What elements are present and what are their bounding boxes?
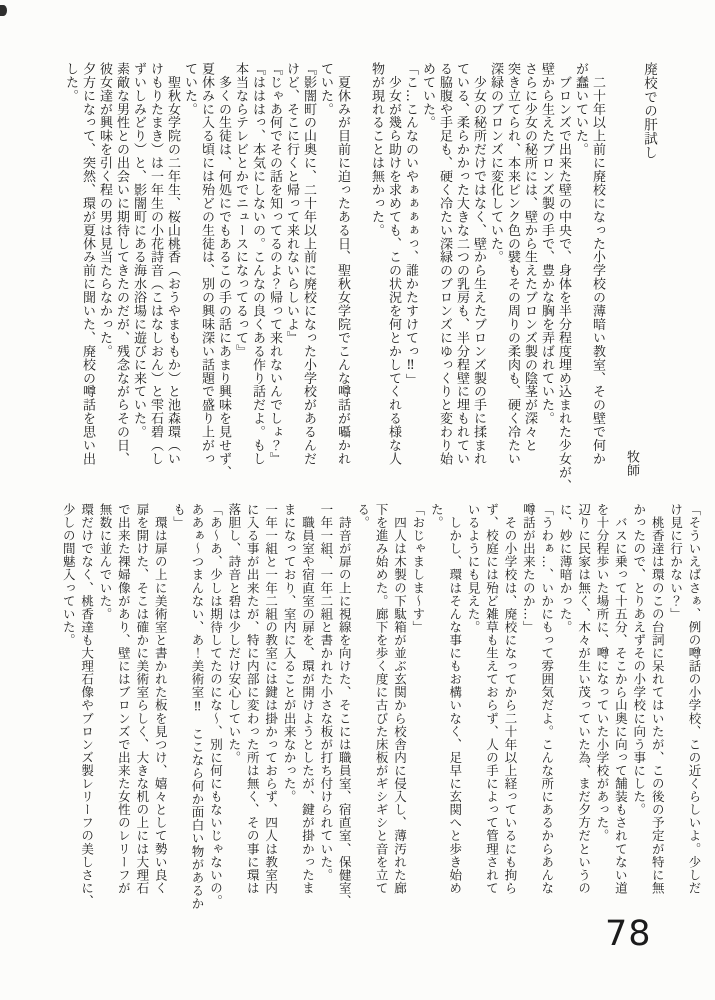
story-author: 牧師 — [623, 62, 640, 477]
text-column: けど、そこに行くと帰って来れないらしいよ』 — [283, 62, 300, 477]
text-column: 二十年以上前に廃校になった小学校の薄暗い教室、その壁で何か — [589, 62, 606, 477]
text-column: その小学校は、廃校になってから二十年以上経っているにも拘ら — [501, 503, 519, 899]
text-column: け見に行かない？」 — [666, 503, 684, 899]
text-column: 桃香達は環のこの台詞に呆れてはいたが、この後の予定が特に無 — [648, 503, 666, 899]
text-column: いるようにも見えた。 — [464, 503, 482, 899]
text-column: 「こ…こんなのいやぁぁぁぁっ、誰かたすけてっ‼」 — [402, 62, 419, 477]
text-column: も」 — [169, 503, 187, 899]
text-column: 環は扉の上に美術室と書かれた板を見つけ、嬉々として勢い良く — [151, 503, 169, 899]
text-column: 深緑のブロンズに変化していた。 — [487, 62, 504, 477]
text-column: 詩音が扉の上に視線を向けた、そこには職員室、宿直室、保健室、 — [335, 503, 353, 899]
text-column: 少しの間魅入っていた。 — [59, 503, 77, 899]
text-column: まになっており、室内に入ることが出来なかった。 — [280, 503, 298, 899]
text-column: 辺りに民家は無く、木々が生い茂っていた為、まだ夕方だというの — [574, 503, 592, 899]
page-number: 78 — [605, 914, 652, 954]
text-column: を十分程歩いた場所に、噂になっていた小学校があった。 — [593, 503, 611, 899]
text-column: ていた。 — [317, 62, 334, 477]
text-column: 「うわぁ…、いかにもって雰囲気だよ。こんな所にあるからあんな — [537, 503, 555, 899]
text-column: 夕方になって、突然、環が夏休み前に聞いた、廃校の噂話を思い出 — [79, 62, 96, 477]
text-column: ていた。 — [181, 62, 198, 477]
text-column: ている、柔らかかった大きな二つの乳房も、半分程壁に埋もれてい — [453, 62, 470, 477]
text-column: めていた。 — [419, 62, 436, 477]
title-body-gap — [606, 62, 623, 477]
text-column: 四人は木製の下駄箱が並ぶ玄関から校舎内に侵入し、薄汚れた廊 — [390, 503, 408, 899]
scanned-novel-page: 廃校での肝試し 牧師 二十年以上前に廃校になった小学校の薄暗い教室、その壁で何か… — [0, 0, 715, 1000]
text-column: 少女が幾ら助けを求めても、この状況を何とかしてくれる様な人 — [385, 62, 402, 477]
text-column: で出来た裸婦像があり、壁にはブロンズで出来た女性のレリーフが — [114, 503, 132, 899]
text-column: ブロンズで出来た壁の中央で、身体を半分程度埋め込まれた少女が、 — [555, 62, 572, 477]
text-column: に入る事が出来たが、特に内部に変わった所は無く、その事に環は — [243, 503, 261, 899]
text-column: 職員室や宿直室の扉を、環が開けようとしたが、鍵が掛かったま — [298, 503, 316, 899]
text-column: 「そういえばさぁ、例の噂話の小学校、この近くらしいよ。少しだ — [685, 503, 703, 899]
scan-artifact — [0, 5, 7, 16]
text-column: 環だけでなく、桃香達も大理石像やブロンズ製レリーフの美しさに、 — [77, 503, 95, 899]
text-column: しかし、環はそんな事にもお構いなく、足早に玄関へと歩き始め — [445, 503, 463, 899]
text-column: 「あ〜あ、少しは期待してたのにな〜、別に何にもないじゃないの。 — [206, 503, 224, 899]
text-column: けもりたまき）は一年生の小花詩音（こはなしおん）と雫石碧（し — [147, 62, 164, 477]
story-title: 廃校での肝試し — [640, 62, 657, 477]
text-column: ず、校庭には殆ど雑草も生えておらず、人の手によって管理されて — [482, 503, 500, 899]
text-column: 少女の秘所だけではなく、壁から生えたブロンズ製の手に揉まれ — [470, 62, 487, 477]
text-column: 突き立てられ、本来ピンク色の襞もその周りの柔肉も、硬く冷たい — [504, 62, 521, 477]
text-column: 物が現れることは無かった。 — [368, 62, 385, 477]
story-top-block: 廃校での肝試し 牧師 二十年以上前に廃校になった小学校の薄暗い教室、その壁で何か… — [62, 62, 657, 477]
text-column: 多くの生徒は、何処にでもあるこの手の話にあまり興味を見せず、 — [215, 62, 232, 477]
text-column: かったので、とりあえずその小学校に向う事にした。 — [629, 503, 647, 899]
text-column: 『影闇町の山奥に、二十年以上前に廃校になった小学校があるんだ — [300, 62, 317, 477]
text-column: さらに少女の秘所には、壁から生えたブロンズ製の陰茎が深々と — [521, 62, 538, 477]
text-column: 一年一組、一年二組と書かれた小さな板が打ち付けられていた。 — [316, 503, 334, 899]
text-column: 無数に並んでいた。 — [96, 503, 114, 899]
text-column: ああぁ〜つまんない、あ！美術室‼ ここなら何か面白い物があるか — [188, 503, 206, 899]
text-column: 一年一組と一年二組の教室には鍵は掛かっておらず、四人は教室内 — [261, 503, 279, 899]
text-column: が蠢いていた。 — [572, 62, 589, 477]
text-column: 「おじゃましま〜す」 — [409, 503, 427, 899]
story-bottom-block: 「そういえばさぁ、例の噂話の小学校、この近くらしいよ。少しだけ見に行かない？」 … — [59, 503, 703, 899]
text-column: 噂話が出来たのか…」 — [519, 503, 537, 899]
text-column: 彼女達が興味を引く程の男は見当たらなかった。 — [96, 62, 113, 477]
text-column: ずいしみどり）と、影闇町にある海水浴場に遊びに来ていた。 — [130, 62, 147, 477]
text-column: 下を進み始めた。廊下を歩く度に古びた床板がギシギシと音を立て — [372, 503, 390, 899]
text-column: 『はははっ、本気にしないの。こんなの良くある作り話だよ。もし — [249, 62, 266, 477]
text-column: 夏休みに入る頃には殆どの生徒は、別の興味深い話題で盛り上がっ — [198, 62, 215, 477]
text-column: 落胆し、詩音と碧は少しだけ安心していた。 — [224, 503, 242, 899]
text-column: 聖秋女学院の二年生、桜山桃香（おうやまももか）と池森環（い — [164, 62, 181, 477]
text-column: した。 — [62, 62, 79, 477]
text-column — [351, 62, 368, 477]
text-column: 『じゃあ何でその話を知ってるのよ？帰って来れないんでしょ？』 — [266, 62, 283, 477]
text-column: に、妙に薄暗かった。 — [556, 503, 574, 899]
text-column: 壁から生えたブロンズ製の手で、豊かな胸を弄ばれていた。 — [538, 62, 555, 477]
text-column: 夏休みが目前に迫ったある日、聖秋女学院でこんな噂話が囁かれ — [334, 62, 351, 477]
text-column: 扉を開けた、そこは確かに美術室らしく、大きな机の上には大理石 — [132, 503, 150, 899]
text-column: 素敵な男性との出会いに期待してきたのだが、残念ながらその日、 — [113, 62, 130, 477]
text-column: た。 — [427, 503, 445, 899]
text-column: バスに乗って十五分、そこから山奥に向って舗装もされてない道 — [611, 503, 629, 899]
text-column: る。 — [353, 503, 371, 899]
text-column: 本当ならテレビとかでニュースになってるって』 — [232, 62, 249, 477]
text-column: る脇腹や手足も、硬く冷たい深緑のブロンズにゆっくりと変わり始 — [436, 62, 453, 477]
